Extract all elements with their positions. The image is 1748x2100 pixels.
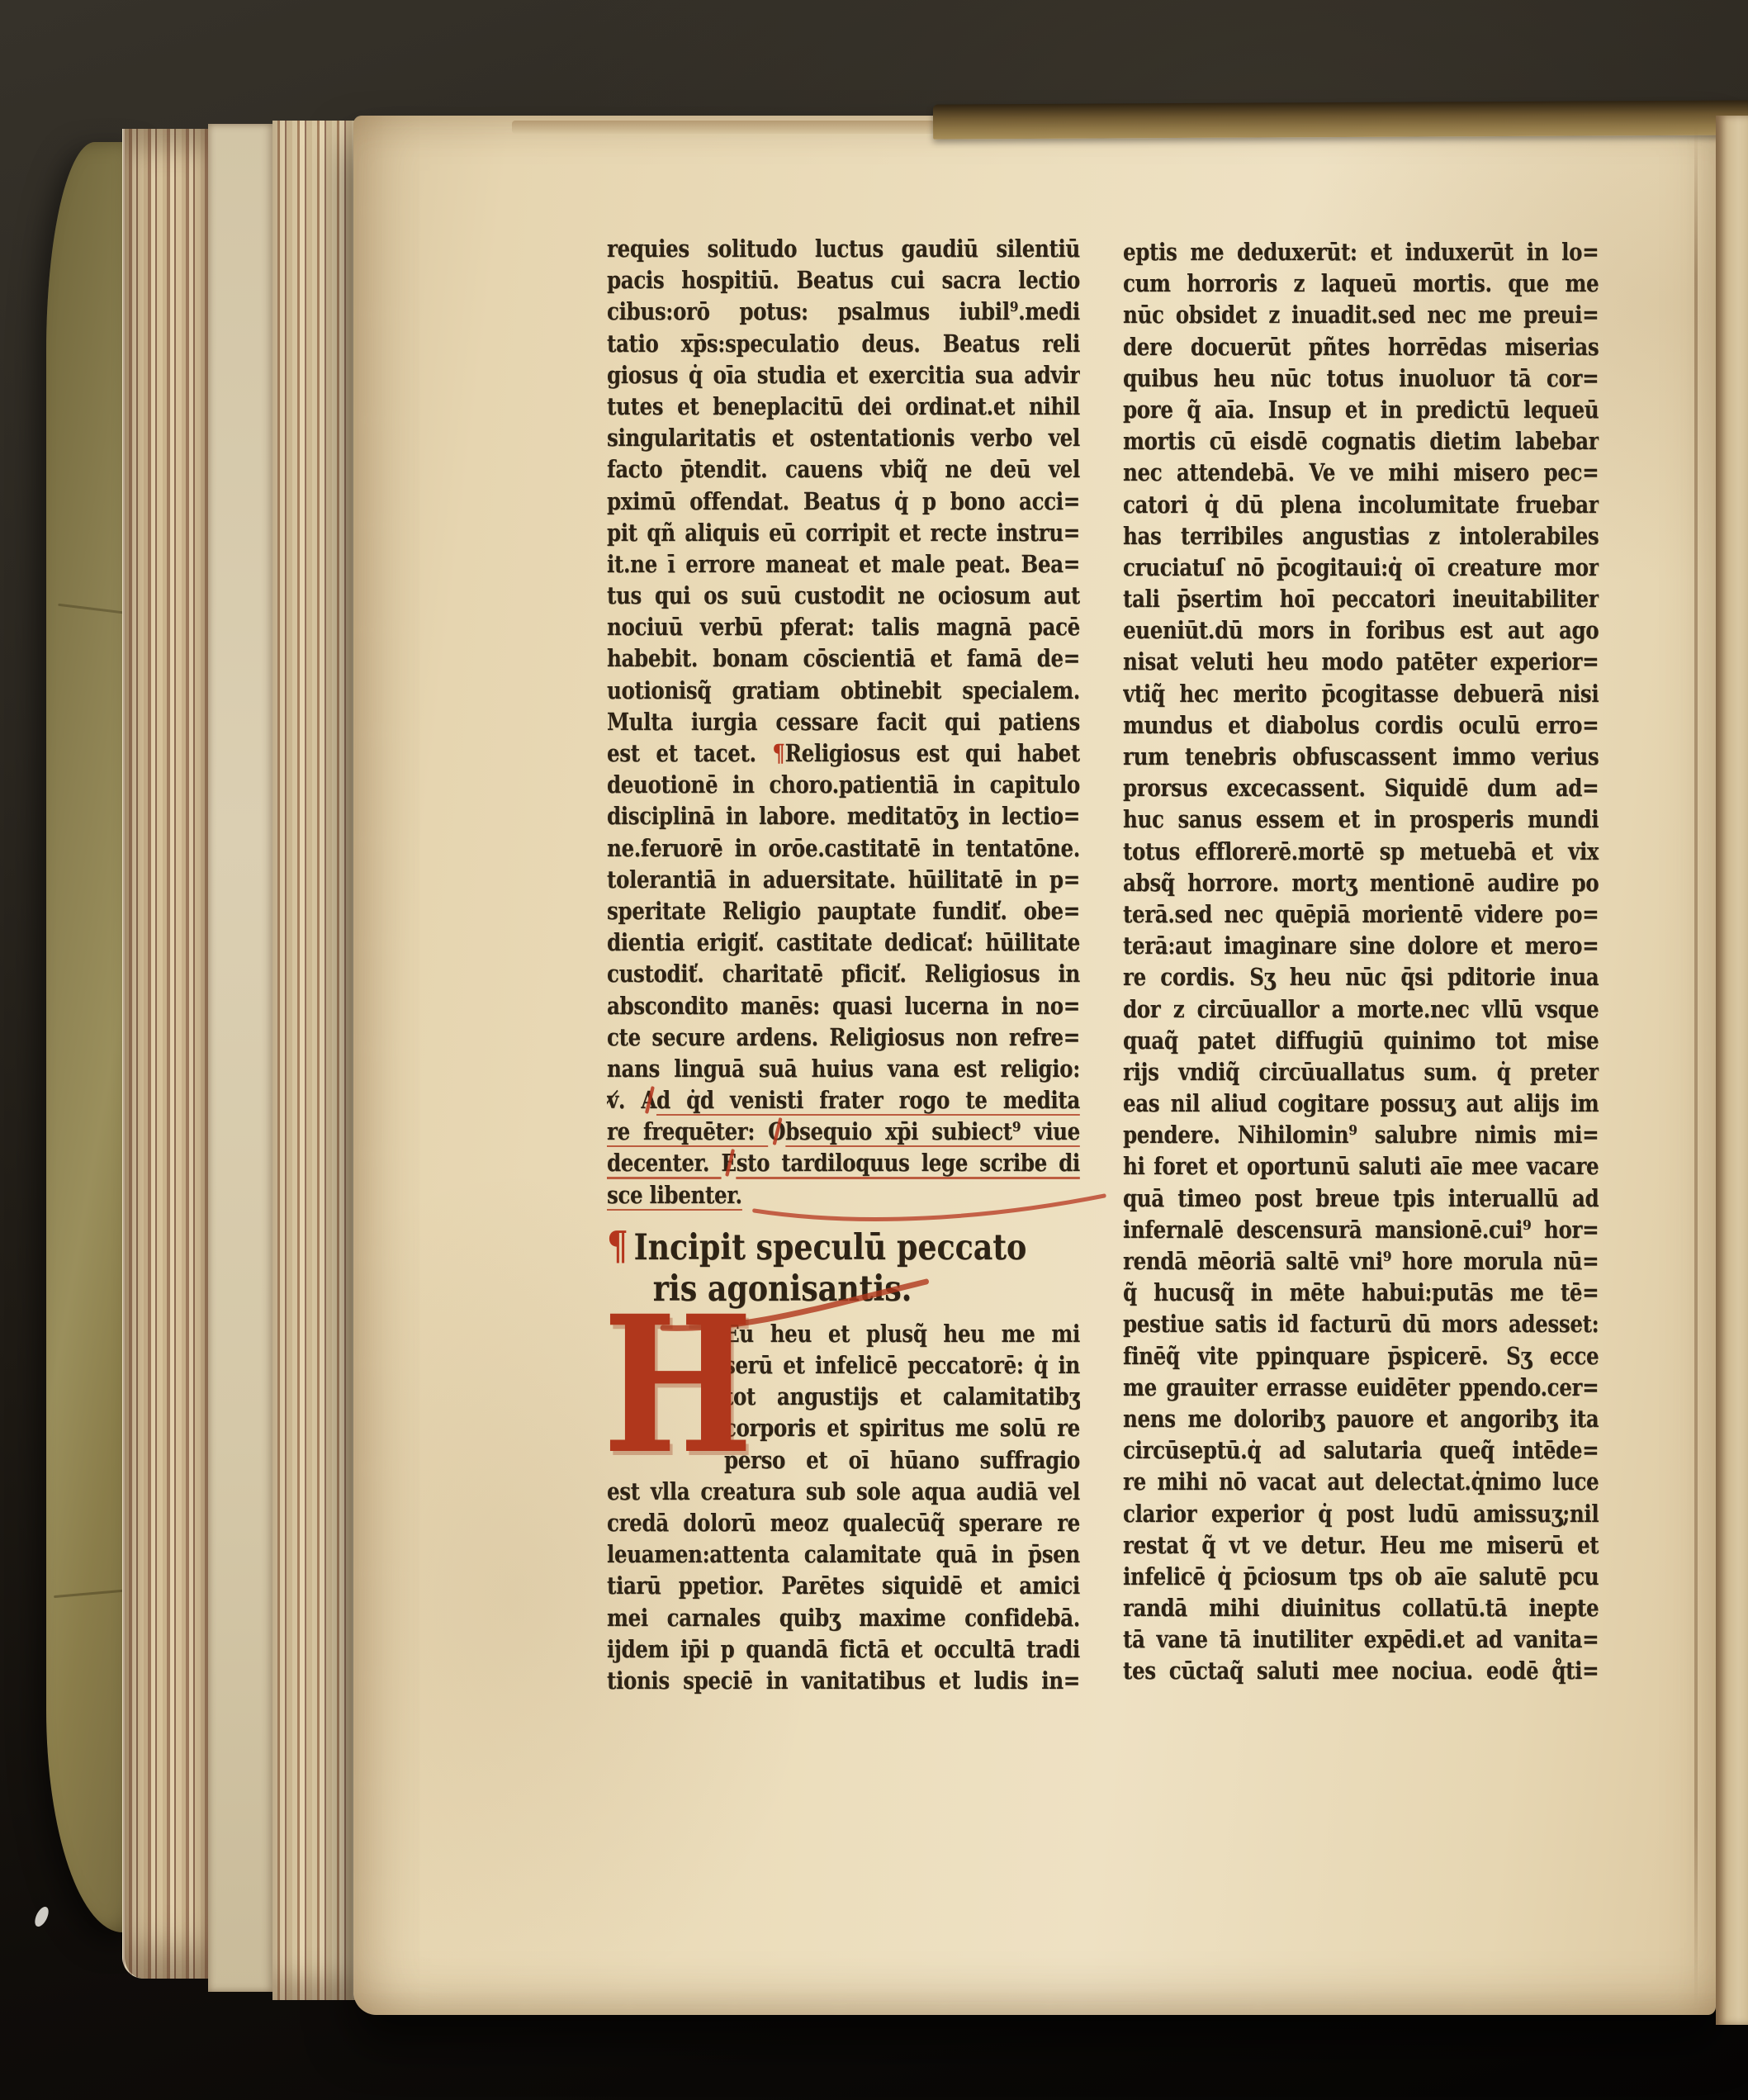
- text-line: dor z circūuallor a morte.nec vllū vsque: [1123, 993, 1599, 1025]
- text-segment: tutes et beneplacitū dei ordinat.et nihi…: [607, 392, 1080, 420]
- text-segment: perso et oī hūano suffragio destitutū.ne…: [724, 1446, 1080, 1476]
- text-segment: pximū offendat. Beatus q̇ p bono acci=: [607, 487, 1080, 515]
- text-segment: eueniūt.dū mors in foribus est aut ago: [1123, 616, 1599, 644]
- text-line: tā vane tā inutiliter expēdi.et ad vanit…: [1123, 1624, 1599, 1655]
- text-segment: cruciatuſ nō p̄cogitaui:q̇ oī creature m…: [1123, 553, 1599, 581]
- text-line: dientia erigiť. castitate dedicať: hūili…: [607, 927, 1080, 958]
- text-line: Multa iurgia cessare facit qui patiens: [607, 706, 1080, 737]
- text-segment: O: [768, 1116, 785, 1147]
- left-page-edges-outer: [272, 121, 357, 2000]
- text-segment: dere docuerūt pñtes horrēdas miserias: [1123, 333, 1599, 361]
- text-line: rendā mēoriā saltē vni⁹ hore morula nū=: [1123, 1245, 1599, 1277]
- text-segment: tes cūctaq̃ saluti mee nociua. eodē q̊ti…: [1123, 1657, 1599, 1685]
- text-line: tatio xp̄s:speculatio deus. Beatus reli: [607, 328, 1080, 359]
- text-segment: dientia erigiť. castitate dedicať: hūili…: [607, 928, 1080, 956]
- text-line: clarior experior q̇ post ludū amissuʒ;ni…: [1123, 1498, 1599, 1529]
- text-segment: catori q̇ dū plena incolumitate fruebar: [1123, 491, 1599, 519]
- text-segment: tionis speciē in vanitatibus et ludis in…: [607, 1666, 1080, 1695]
- text-line: giosus q̇ oīa studia et exercitia sua ad…: [607, 359, 1080, 391]
- text-line: q̃ hucusq̃ in mēte habui:putās me tē=: [1123, 1277, 1599, 1308]
- text-segment: tot angustijs et calamitatibʒ: [724, 1382, 1080, 1410]
- text-segment: quā timeo post breue tpis interuallū ad: [1123, 1184, 1599, 1212]
- text-segment: tatio xp̄s:speculatio deus. Beatus reli: [607, 329, 1080, 358]
- text-segment: d q̇d venisti frater rogo te medita: [656, 1086, 1080, 1116]
- text-line: custodiť. charitatē pficiť. Religiosus i…: [607, 958, 1080, 989]
- text-segment: dor z circūuallor a morte.nec vllū vsque: [1123, 995, 1599, 1023]
- text-segment: cum horroris z laqueū mortis. que me: [1123, 269, 1599, 297]
- text-line: tali p̄sertim hoī peccatori ineuitabilit…: [1123, 583, 1599, 614]
- scene-background: { "scene": { "description": "Photograph …: [0, 0, 1748, 2100]
- left-text-column: requies solitudo luctus gaudiū silentiūp…: [607, 233, 1080, 1696]
- text-line: tolerantiā in aduersitate. hūilitatē in …: [607, 864, 1080, 895]
- text-segment: pestiue satis id facturū dū mors adesset…: [1123, 1310, 1599, 1338]
- text-segment: speritate Religio pauptate fundiť. obe=: [607, 897, 1080, 925]
- text-line: eas nil aliud cogitare possuʒ aut alijs …: [1123, 1088, 1599, 1119]
- text-line: serū et infelicē peccatorē: q̇ in: [724, 1349, 1080, 1381]
- text-segment: rum tenebris obfuscassent immo verius: [1123, 742, 1599, 770]
- dust-speck: [32, 1904, 51, 1928]
- text-line: rum tenebris obfuscassent immo verius: [1123, 741, 1599, 772]
- text-line: terā.sed nec quēpiā morientē videre po=: [1123, 898, 1599, 930]
- text-line: absq̃ horrore. mortʒ mentionē audire po: [1123, 867, 1599, 898]
- text-segment: pore q̃ aīa. Insup et in predictū lequeū: [1123, 396, 1599, 424]
- text-segment: quaq̃ patet diffugiū quinimo tot mise: [1123, 1026, 1599, 1055]
- text-segment: Eu heu et plusq̃ heu me mi: [724, 1320, 1080, 1348]
- text-segment: decenter.: [607, 1149, 721, 1178]
- text-segment: rendā mēoriā saltē vni⁹ hore morula nū=: [1123, 1247, 1599, 1275]
- text-segment: sce libenter.: [607, 1181, 742, 1211]
- text-line: est et tacet. ¶Religiosus est qui habet: [607, 737, 1080, 769]
- text-segment: singularitatis et ostentationis verbo ve…: [607, 424, 1080, 452]
- text-line: tionis speciē in vanitatibus et ludis in…: [607, 1665, 1080, 1696]
- text-line: cum horroris z laqueū mortis. que me: [1123, 268, 1599, 299]
- text-segment: terā.sed nec quēpiā morientē videre po=: [1123, 900, 1599, 928]
- text-line: infelicē q̇ p̄ciosum tps ob aīe salutē p…: [1123, 1561, 1599, 1592]
- text-line: catori q̇ dū plena incolumitate fruebar: [1123, 489, 1599, 520]
- text-line: prorsus excecassent. Siquidē dum ad=: [1123, 772, 1599, 803]
- text-line: nūc obsidet z inuadit.sed nec me preui=: [1123, 299, 1599, 330]
- text-segment: cibus:orō potus: psalmus iubil⁹.medi: [607, 297, 1080, 325]
- fore-edge-crease: [1694, 126, 1698, 2007]
- text-line: infernalē descensurā mansionē.cui⁹ hor=: [1123, 1214, 1599, 1245]
- text-line: quibus heu nūc totus inuoluor tā cor=: [1123, 363, 1599, 394]
- text-line: corporis et spiritus me solū re: [724, 1412, 1080, 1443]
- text-line: terā:aut imaginare sine dolore et mero=: [1123, 930, 1599, 961]
- text-line: singularitatis et ostentationis verbo ve…: [607, 422, 1080, 453]
- text-segment: bsequio xp̄i subiect⁹ viue: [785, 1117, 1080, 1147]
- text-segment: tolerantiā in aduersitate. hūilitatē in …: [607, 865, 1080, 894]
- text-line: nociuū verbū pferat: talis magnā pacē: [607, 611, 1080, 642]
- text-line: re mihi nō vacat aut delectat.q̇nimo luc…: [1123, 1466, 1599, 1497]
- text-segment: ijdem ip̄i p quandā fictā et occultā tra…: [607, 1635, 1080, 1663]
- text-segment: eas nil aliud cogitare possuʒ aut alijs …: [1123, 1089, 1599, 1117]
- text-line: deuotionē in choro.patientiā in capitulo: [607, 769, 1080, 800]
- text-segment: est et tacet.: [607, 739, 772, 767]
- text-line: nens me doloribʒ pauore et angoribʒ ita: [1123, 1403, 1599, 1434]
- text-line: re frequēter: Obsequio xp̄i subiect⁹ viu…: [607, 1116, 1080, 1147]
- text-line: requies solitudo luctus gaudiū silentiū: [607, 233, 1080, 264]
- text-segment: leuamen:attenta calamitate quā in p̄sen: [607, 1540, 1080, 1568]
- text-segment: giosus q̇ oīa studia et exercitia sua ad…: [607, 361, 1080, 389]
- text-segment: prorsus excecassent. Siquidē dum ad=: [1123, 774, 1599, 802]
- text-segment: it.ne ī errore maneat et male peat. Bea=: [607, 550, 1080, 578]
- text-line: mortis cū eisdē cognatis dietim labebar: [1123, 425, 1599, 457]
- text-line: re cordis. Sʒ heu nūc q̄si pditorie inua: [1123, 961, 1599, 993]
- text-line: quā timeo post breue tpis interuallū ad: [1123, 1183, 1599, 1214]
- text-segment: randā mihi diuinitus collatū.tā inepte: [1123, 1594, 1599, 1622]
- text-line: perso et oī hūano suffragio destitutū.ne…: [724, 1444, 1080, 1476]
- text-segment: totus efflorerē.mortē sp metuebā et vix: [1123, 837, 1599, 865]
- text-segment: abscondito manēs: quasi lucerna in no=: [607, 992, 1080, 1020]
- text-line: hi foret et oportunū saluti aīe mee vaca…: [1123, 1150, 1599, 1182]
- text-line: rijs vndiq̃ circūuallatus sum. q̇ preter: [1123, 1056, 1599, 1088]
- text-segment: mortis cū eisdē cognatis dietim labebar: [1123, 427, 1599, 455]
- text-line: habebit. bonam cōscientiā et famā de=: [607, 642, 1080, 674]
- text-segment: tali p̄sertim hoī peccatori ineuitabilit…: [1123, 585, 1599, 613]
- text-segment: Multa iurgia cessare facit qui patiens: [607, 708, 1080, 736]
- left-page-edges-inner: [122, 129, 214, 1979]
- text-line: restat q̃ vt ve detur. Heu me miserū et: [1123, 1529, 1599, 1561]
- text-segment: pendere. Nihilomin⁹ salubre nimis mi=: [1123, 1121, 1599, 1149]
- text-line: finēq̃ vite ppinquare p̄spicerē. Sʒ ecce: [1123, 1340, 1599, 1372]
- text-segment: tā vane tā inutiliter expēdi.et ad vanit…: [1123, 1625, 1599, 1653]
- text-segment: tiarū ppetior. Parētes siquidē et amici: [607, 1571, 1080, 1600]
- text-line: v̸. Ad q̇d venisti frater rogo te medita: [607, 1084, 1080, 1116]
- text-segment: terā:aut imaginare sine dolore et mero=: [1123, 931, 1599, 960]
- text-line: ijdem ip̄i p quandā fictā et occultā tra…: [607, 1633, 1080, 1665]
- text-segment: huc sanus essem et in prosperis mundi: [1123, 805, 1599, 833]
- page-top-step: [512, 121, 935, 134]
- text-line: circūseptū.q̇ ad salutaria queq̃ intēde=: [1123, 1434, 1599, 1466]
- text-segment: v̸.: [607, 1086, 641, 1114]
- text-segment: me grauiter errasse euidēter ppendo.cer=: [1123, 1373, 1599, 1401]
- text-line: sce libenter.: [607, 1179, 1080, 1211]
- text-line: pacis hospitiū. Beatus cui sacra lectio: [607, 264, 1080, 296]
- text-segment: cte secure ardens. Religiosus non refre=: [607, 1023, 1080, 1051]
- text-segment: ne.feruorē in orōe.castitatē in tentatōn…: [607, 834, 1080, 862]
- text-segment: nans linguā suā huius vana est religio:: [607, 1055, 1080, 1083]
- text-segment: serū et infelicē peccatorē: q̇ in: [724, 1351, 1080, 1379]
- text-segment: pacis hospitiū. Beatus cui sacra lectio: [607, 266, 1080, 294]
- text-line: eueniūt.dū mors in foribus est aut ago: [1123, 614, 1599, 646]
- text-line: pit qñ aliquis eū corripit et recte inst…: [607, 517, 1080, 548]
- text-line: randā mihi diuinitus collatū.tā inepte: [1123, 1592, 1599, 1624]
- text-line: Eu heu et plusq̃ heu me mi: [724, 1318, 1080, 1349]
- text-segment: hi foret et oportunū saluti aīe mee vaca…: [1123, 1152, 1599, 1180]
- text-line: cibus:orō potus: psalmus iubil⁹.medi: [607, 296, 1080, 327]
- text-segment: sto tardiloquus lege scribe di: [737, 1149, 1080, 1178]
- heading-text-1: Incipit speculū peccato: [634, 1227, 1027, 1268]
- pilcrow-icon: ¶: [772, 739, 784, 767]
- text-line: tus qui os suū custodit ne ociosum aut: [607, 580, 1080, 611]
- text-line: pximū offendat. Beatus q̇ p bono acci=: [607, 486, 1080, 517]
- text-segment: finēq̃ vite ppinquare p̄spicerē. Sʒ ecce: [1123, 1342, 1599, 1370]
- initial-capital-h-glyph: H: [603, 1308, 753, 1462]
- text-line: it.ne ī errore maneat et male peat. Bea=: [607, 548, 1080, 580]
- text-segment: disciplinā in labore. meditatōʒ in lecti…: [607, 802, 1080, 830]
- text-segment: A: [641, 1084, 656, 1116]
- text-line: quaq̃ patet diffugiū quinimo tot mise: [1123, 1025, 1599, 1056]
- text-segment: pit qñ aliquis eū corripit et recte inst…: [607, 519, 1080, 547]
- text-block-a: requies solitudo luctus gaudiū silentiūp…: [607, 233, 1080, 1211]
- text-line: ne.feruorē in orōe.castitatē in tentatōn…: [607, 832, 1080, 864]
- text-segment: re mihi nō vacat aut delectat.q̇nimo luc…: [1123, 1467, 1599, 1496]
- text-segment: re cordis. Sʒ heu nūc q̄si pditorie inua: [1123, 963, 1599, 991]
- heading-line-1: ¶Incipit speculū peccato: [607, 1225, 1080, 1268]
- text-line: pore q̃ aīa. Insup et in predictū lequeū: [1123, 394, 1599, 425]
- initial-capital-h: H: [607, 1318, 724, 1444]
- text-line: abscondito manēs: quasi lucerna in no=: [607, 990, 1080, 1022]
- text-segment: re frequēter:: [607, 1117, 768, 1147]
- text-segment: mundus et diabolus cordis oculū erro=: [1123, 711, 1599, 739]
- text-segment: mei carnales quibʒ maxime confidebā.: [607, 1604, 1080, 1632]
- text-segment: tus qui os suū custodit ne ociosum aut: [607, 581, 1080, 609]
- text-segment: eptis me deduxerūt: et induxerūt in lo=: [1123, 238, 1599, 266]
- text-line: mundus et diabolus cordis oculū erro=: [1123, 709, 1599, 741]
- text-segment: has terribiles angustias z intolerabiles: [1123, 522, 1599, 550]
- text-line: dere docuerūt pñtes horrēdas miserias: [1123, 331, 1599, 363]
- text-line: decenter. Esto tardiloquus lege scribe d…: [607, 1147, 1080, 1178]
- text-line: leuamen:attenta calamitate quā in p̄sen: [607, 1538, 1080, 1570]
- text-line: disciplinā in labore. meditatōʒ in lecti…: [607, 800, 1080, 832]
- text-segment: nisat veluti heu modo patēter experior=: [1123, 647, 1599, 676]
- text-line: tot angustijs et calamitatibʒ: [724, 1381, 1080, 1412]
- text-block-b: H Eu heu et plusq̃ heu me miserū et infe…: [607, 1318, 1080, 1696]
- text-segment: corporis et spiritus me solū re: [724, 1414, 1080, 1442]
- text-segment: absq̃ horrore. mortʒ mentionē audire po: [1123, 869, 1599, 897]
- text-segment: clarior experior q̇ post ludū amissuʒ;ni…: [1123, 1500, 1599, 1528]
- text-segment: infernalē descensurā mansionē.cui⁹ hor=: [1123, 1216, 1599, 1244]
- text-line: tiarū ppetior. Parētes siquidē et amici: [607, 1570, 1080, 1601]
- text-segment: infelicē q̇ p̄ciosum tps ob aīe salutē p…: [1123, 1562, 1599, 1590]
- text-line: vtiq̃ hec merito p̄cogitasse debuerā nis…: [1123, 678, 1599, 709]
- text-line: eptis me deduxerūt: et induxerūt in lo=: [1123, 236, 1599, 268]
- text-line: cruciatuſ nō p̄cogitaui:q̇ oī creature m…: [1123, 552, 1599, 583]
- text-segment: requies solitudo luctus gaudiū silentiū: [607, 235, 1080, 263]
- text-line: uotionisq̃ gratiam obtinebit specialem.: [607, 675, 1080, 706]
- text-segment: q̃ hucusq̃ in mēte habui:putās me tē=: [1123, 1278, 1599, 1306]
- text-segment: quibus heu nūc totus inuoluor tā cor=: [1123, 364, 1599, 392]
- text-segment: nec attendebā. Ve ve mihi misero pec=: [1123, 458, 1599, 486]
- text-segment: Religiosus est qui habet: [785, 739, 1080, 767]
- text-segment: circūseptū.q̇ ad salutaria queq̃ intēde=: [1123, 1436, 1599, 1464]
- text-line: has terribiles angustias z intolerabiles: [1123, 520, 1599, 552]
- text-line: credā dolorū meoz qualecūq̃ sperare re: [607, 1507, 1080, 1538]
- text-segment: restat q̃ vt ve detur. Heu me miserū et: [1123, 1531, 1599, 1559]
- text-segment: nūc obsidet z inuadit.sed nec me preui=: [1123, 301, 1599, 329]
- text-segment: nens me doloribʒ pauore et angoribʒ ita: [1123, 1405, 1599, 1433]
- text-line: pendere. Nihilomin⁹ salubre nimis mi=: [1123, 1119, 1599, 1150]
- right-text-column: eptis me deduxerūt: et induxerūt in lo=c…: [1123, 236, 1599, 1687]
- text-segment: uotionisq̃ gratiam obtinebit specialem.: [607, 676, 1080, 704]
- text-segment: E: [721, 1147, 736, 1178]
- page-fore-edge: [1716, 116, 1748, 2025]
- text-line: tes cūctaq̃ saluti mee nociua. eodē q̊ti…: [1123, 1655, 1599, 1686]
- text-segment: custodiť. charitatē pficiť. Religiosus i…: [607, 960, 1080, 988]
- parchment-underpage: [208, 124, 276, 1992]
- text-line: nec attendebā. Ve ve mihi misero pec=: [1123, 457, 1599, 488]
- text-segment: habebit. bonam cōscientiā et famā de=: [607, 644, 1080, 672]
- text-segment: nociuū verbū pferat: talis magnā pacē: [607, 613, 1080, 641]
- text-segment: deuotionē in choro.patientiā in capitulo: [607, 770, 1080, 799]
- text-line: tutes et beneplacitū dei ordinat.et nihi…: [607, 391, 1080, 422]
- text-line: me grauiter errasse euidēter ppendo.cer=: [1123, 1372, 1599, 1403]
- text-line: cte secure ardens. Religiosus non refre=: [607, 1022, 1080, 1053]
- text-line: nans linguā suā huius vana est religio:: [607, 1053, 1080, 1084]
- text-line: mei carnales quibʒ maxime confidebā.: [607, 1602, 1080, 1633]
- pilcrow-icon: ¶: [607, 1223, 634, 1269]
- text-line: totus efflorerē.mortē sp metuebā et vix: [1123, 836, 1599, 867]
- text-segment: facto p̄tendit. cauens vbiq̃ ne deū vel: [607, 455, 1080, 483]
- text-segment: rijs vndiq̃ circūuallatus sum. q̇ preter: [1123, 1058, 1599, 1086]
- text-segment: vtiq̃ hec merito p̄cogitasse debuerā nis…: [1123, 680, 1599, 708]
- text-line: huc sanus essem et in prosperis mundi: [1123, 803, 1599, 835]
- text-line: facto p̄tendit. cauens vbiq̃ ne deū vel: [607, 453, 1080, 485]
- text-segment: credā dolorū meoz qualecūq̃ sperare re: [607, 1509, 1080, 1537]
- page-top-edge: [933, 100, 1748, 139]
- text-line: pestiue satis id facturū dū mors adesset…: [1123, 1308, 1599, 1339]
- text-line: speritate Religio pauptate fundiť. obe=: [607, 895, 1080, 927]
- text-line: nisat veluti heu modo patēter experior=: [1123, 646, 1599, 677]
